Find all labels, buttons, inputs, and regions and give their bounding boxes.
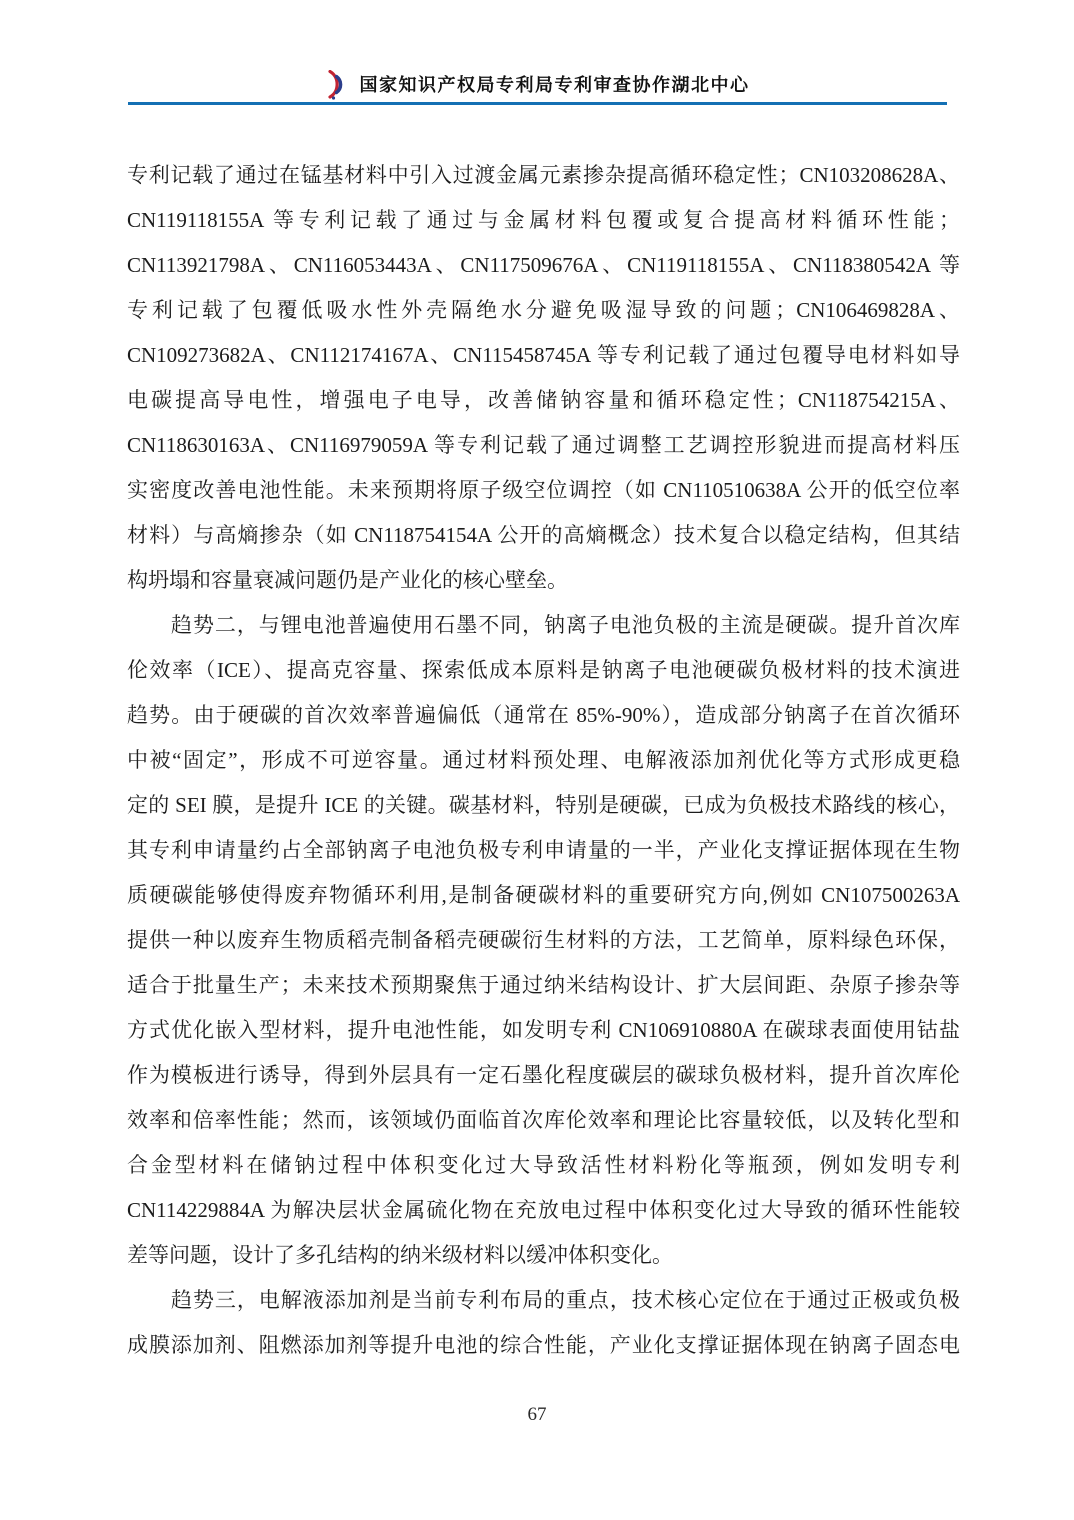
text-line: 趋势二，与锂电池普遍使用石墨不同，钠离子电池负极的主流是硬碳。提升首次库 xyxy=(127,603,960,648)
text-line: 实密度改善电池性能。未来预期将原子级空位调控（如 CN110510638A 公开… xyxy=(127,468,960,513)
text-line: 专利记载了包覆低吸水性外壳隔绝水分避免吸湿导致的问题；CN106469828A、 xyxy=(127,288,960,333)
text-line: 方式优化嵌入型材料，提升电池性能，如发明专利 CN106910880A 在碳球表… xyxy=(127,1008,960,1053)
text-line: 质硬碳能够使得废弃物循环利用,是制备硬碳材料的重要研究方向,例如 CN10750… xyxy=(127,873,960,918)
text-line: 提供一种以废弃生物质稻壳制备稻壳硬碳衍生材料的方法，工艺简单，原料绿色环保， xyxy=(127,918,960,963)
text-line: CN113921798A、CN116053443A、CN117509676A、C… xyxy=(127,243,960,288)
text-line: 伦效率（ICE）、提高克容量、探索低成本原料是钠离子电池硬碳负极材料的技术演进 xyxy=(127,648,960,693)
text-line: 专利记载了通过在锰基材料中引入过渡金属元素掺杂提高循环稳定性；CN1032086… xyxy=(127,153,960,198)
text-line: 趋势。由于硬碳的首次效率普遍偏低（通常在 85%-90%），造成部分钠离子在首次… xyxy=(127,693,960,738)
page-footer: 67 xyxy=(0,1404,1074,1426)
paragraph: 专利记载了通过在锰基材料中引入过渡金属元素掺杂提高循环稳定性；CN1032086… xyxy=(127,153,960,603)
text-line: 差等问题，设计了多孔结构的纳米级材料以缓冲体积变化。 xyxy=(127,1233,960,1278)
header-rule xyxy=(128,102,947,105)
page-number: 67 xyxy=(528,1404,547,1425)
text-line: 适合于批量生产；未来技术预期聚焦于通过纳米结构设计、扩大层间距、杂原子掺杂等 xyxy=(127,963,960,1008)
logo-blue-dot xyxy=(331,96,334,99)
text-line: 成膜添加剂、阻燃添加剂等提升电池的综合性能，产业化支撑证据体现在钠离子固态电 xyxy=(127,1323,960,1368)
text-line: 中被“固定”，形成不可逆容量。通过材料预处理、电解液添加剂优化等方式形成更稳 xyxy=(127,738,960,783)
cnipa-logo-icon xyxy=(325,70,347,100)
text-line: CN118630163A、CN116979059A 等专利记载了通过调整工艺调控… xyxy=(127,423,960,468)
text-line: 电碳提高导电性，增强电子电导，改善储钠容量和循环稳定性；CN118754215A… xyxy=(127,378,960,423)
text-line: 其专利申请量约占全部钠离子电池负极专利申请量的一半，产业化支撑证据体现在生物 xyxy=(127,828,960,873)
text-line: 作为模板进行诱导，得到外层具有一定石墨化程度碳层的碳球负极材料，提升首次库伦 xyxy=(127,1053,960,1098)
organization-title: 国家知识产权局专利局专利审查协作湖北中心 xyxy=(360,71,750,97)
text-line: CN119118155A 等专利记载了通过与金属材料包覆或复合提高材料循环性能； xyxy=(127,198,960,243)
text-line: 构坍塌和容量衰减问题仍是产业化的核心壁垒。 xyxy=(127,558,960,603)
document-page: 国家知识产权局专利局专利审查协作湖北中心 专利记载了通过在锰基材料中引入过渡金属… xyxy=(0,0,1074,1520)
paragraph: 趋势三，电解液添加剂是当前专利布局的重点，技术核心定位在于通过正极或负极成膜添加… xyxy=(127,1278,960,1368)
text-line: 材料）与高熵掺杂（如 CN118754154A 公开的高熵概念）技术复合以稳定结… xyxy=(127,513,960,558)
text-line: 合金型材料在储钠过程中体积变化过大导致活性材料粉化等瓶颈，例如发明专利 xyxy=(127,1143,960,1188)
paragraph: 趋势二，与锂电池普遍使用石墨不同，钠离子电池负极的主流是硬碳。提升首次库伦效率（… xyxy=(127,603,960,1278)
text-line: 定的 SEI 膜，是提升 ICE 的关键。碳基材料，特别是硬碳，已成为负极技术路… xyxy=(127,783,960,828)
document-body: 专利记载了通过在锰基材料中引入过渡金属元素掺杂提高循环稳定性；CN1032086… xyxy=(127,153,960,1368)
text-line: 趋势三，电解液添加剂是当前专利布局的重点，技术核心定位在于通过正极或负极 xyxy=(127,1278,960,1323)
text-line: 效率和倍率性能；然而，该领域仍面临首次库伦效率和理论比容量较低，以及转化型和 xyxy=(127,1098,960,1143)
text-line: CN114229884A 为解决层状金属硫化物在充放电过程中体积变化过大导致的循… xyxy=(127,1188,960,1233)
page-header: 国家知识产权局专利局专利审查协作湖北中心 xyxy=(0,0,1074,100)
text-line: CN109273682A、CN112174167A、CN115458745A 等… xyxy=(127,333,960,378)
